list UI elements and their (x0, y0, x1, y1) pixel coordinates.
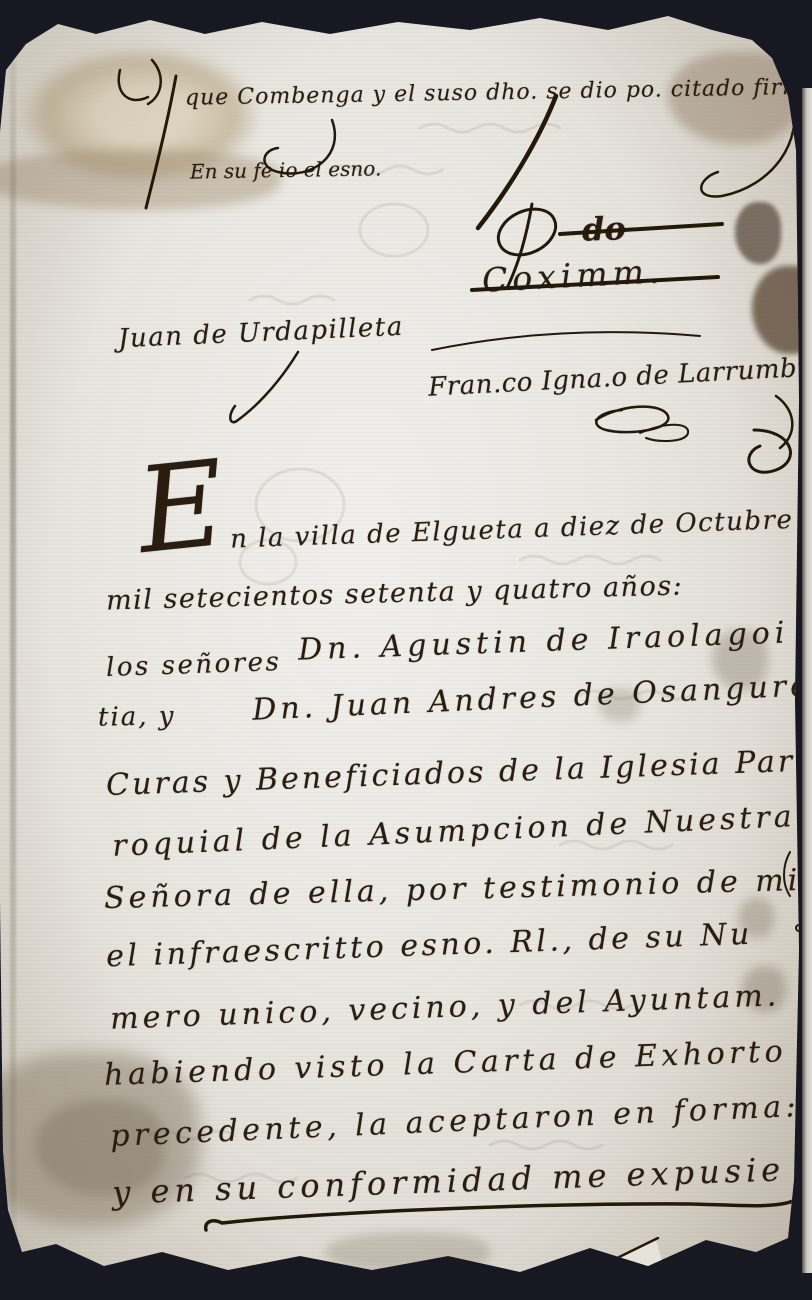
rubric-flourish-small (640, 425, 688, 441)
underline-swash (206, 1200, 796, 1230)
folded-corner (558, 1238, 668, 1287)
diagonal-pen-stroke (478, 96, 556, 228)
right-margin-paren (784, 852, 790, 896)
right-edge-swash (701, 98, 794, 196)
strikethrough-line-1 (560, 224, 722, 234)
signature-descender-swash (230, 352, 298, 422)
pen-flourishes-overlay (0, 0, 812, 1300)
pen-descender-left (146, 76, 176, 208)
paraph-mark (119, 60, 161, 104)
folded-corner-face (562, 1240, 668, 1285)
right-margin-big-curl (749, 430, 791, 472)
signature-cross-stroke (432, 332, 700, 350)
scanned-manuscript-photo: que Combenga y el suso dho. se dio po. c… (0, 0, 812, 1300)
paper-sheet: que Combenga y el suso dho. se dio po. c… (0, 0, 804, 1300)
adjacent-page-edge (802, 88, 812, 1273)
rubric-flourish (596, 407, 668, 433)
y-swash (264, 120, 334, 173)
